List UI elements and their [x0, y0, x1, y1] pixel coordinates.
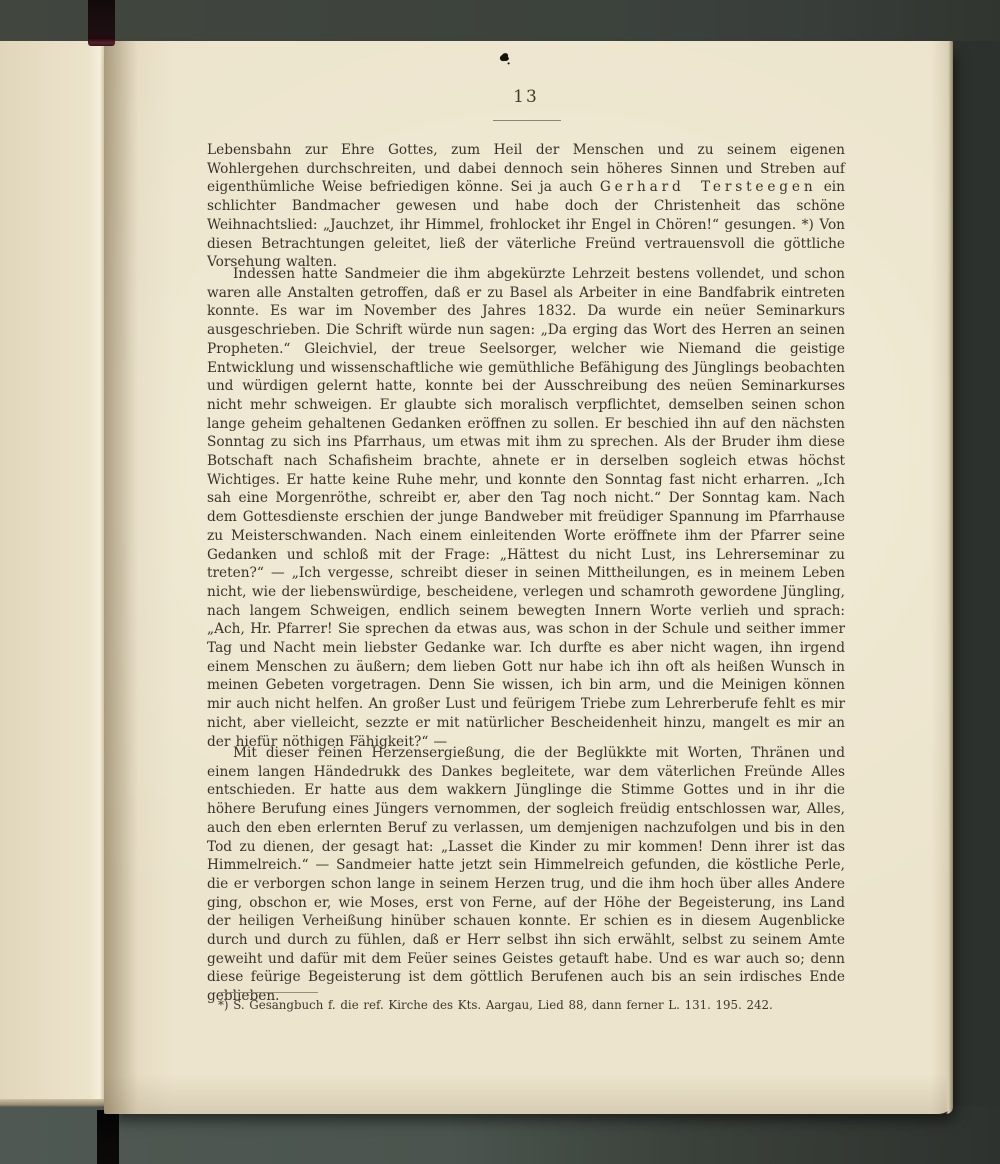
- footnote-separator: [218, 992, 318, 993]
- bookmark-ribbon-bottom: [97, 1110, 119, 1164]
- person-name-tersteegen: Gerhard Tersteegen: [600, 179, 817, 195]
- bookmark-ribbon-top: [88, 0, 115, 46]
- page-number-rule: [493, 120, 561, 121]
- ink-blot-mark: [496, 51, 514, 69]
- backdrop-top: [0, 0, 1000, 41]
- gutter-shadow: [104, 41, 138, 1114]
- facing-page-edge: [0, 41, 104, 1099]
- footnote: *) S. Gesangbuch f. die ref. Kirche des …: [218, 998, 838, 1013]
- scanned-book-view: 13 Lebensbahn zur Ehre Gottes, zum Heil …: [0, 0, 1000, 1164]
- paragraph-2: Indessen hatte Sandmeier die ihm abgekür…: [207, 265, 845, 751]
- paragraph-3: Mit dieser reinen Herzensergießung, die …: [207, 744, 845, 1006]
- page-number: 13: [207, 87, 845, 107]
- paragraph-1: Lebensbahn zur Ehre Gottes, zum Heil der…: [207, 141, 845, 272]
- page-edge: [946, 41, 953, 1114]
- book-page: 13 Lebensbahn zur Ehre Gottes, zum Heil …: [104, 41, 953, 1114]
- backdrop-bottom: [0, 1106, 1000, 1164]
